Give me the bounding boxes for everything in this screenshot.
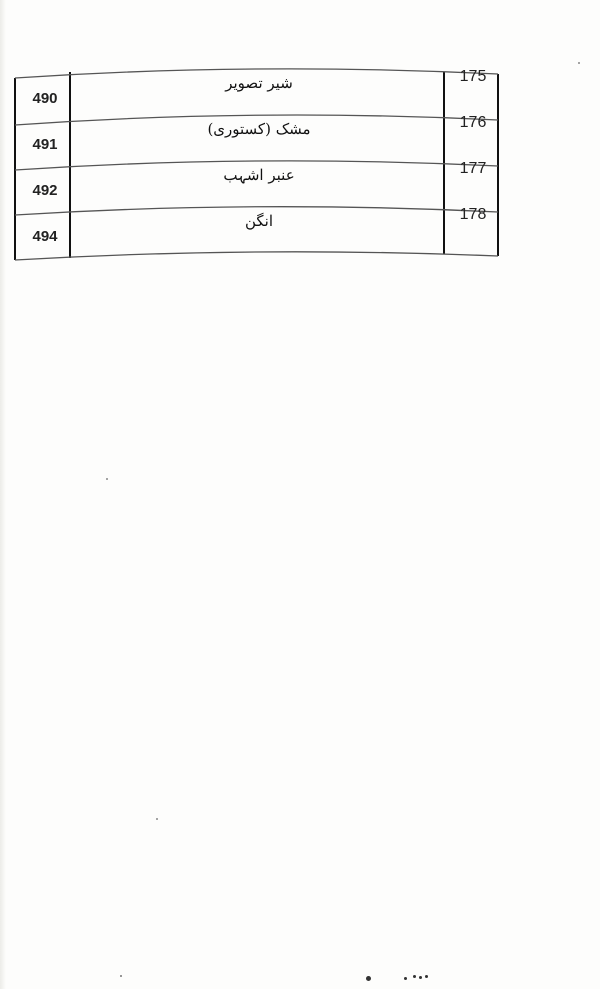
index-table: 490 شیر تصویر 175 491 مشک (کستوری) 176 4… — [14, 70, 500, 260]
page-number: 491 — [20, 136, 70, 153]
entry-title: عنبر اشہب — [74, 166, 444, 184]
page-edge — [0, 0, 6, 989]
table-row: 492 عنبر اشہب 177 — [14, 162, 500, 208]
serial-number: 177 — [446, 160, 500, 178]
entry-title: مشک (کستوری) — [74, 120, 444, 138]
serial-number: 175 — [446, 68, 500, 86]
scan-speck — [419, 976, 422, 979]
entry-title: شیر تصویر — [74, 74, 444, 92]
entry-title: انگن — [74, 212, 444, 230]
table-row: 491 مشک (کستوری) 176 — [14, 116, 500, 162]
serial-number: 176 — [446, 114, 500, 132]
scan-speck — [413, 975, 416, 978]
table-row: 490 شیر تصویر 175 — [14, 70, 500, 116]
serial-number: 178 — [446, 206, 500, 224]
table-row: 494 انگن 178 — [14, 208, 500, 254]
scan-speck — [578, 62, 580, 64]
scan-speck — [404, 977, 407, 980]
scan-speck — [106, 478, 108, 480]
page-number: 494 — [20, 228, 70, 245]
page-number: 492 — [20, 182, 70, 199]
scan-speck — [156, 818, 158, 820]
scan-speck — [425, 975, 428, 978]
scan-speck — [120, 975, 122, 977]
scan-speck — [366, 976, 371, 981]
page-number: 490 — [20, 90, 70, 107]
